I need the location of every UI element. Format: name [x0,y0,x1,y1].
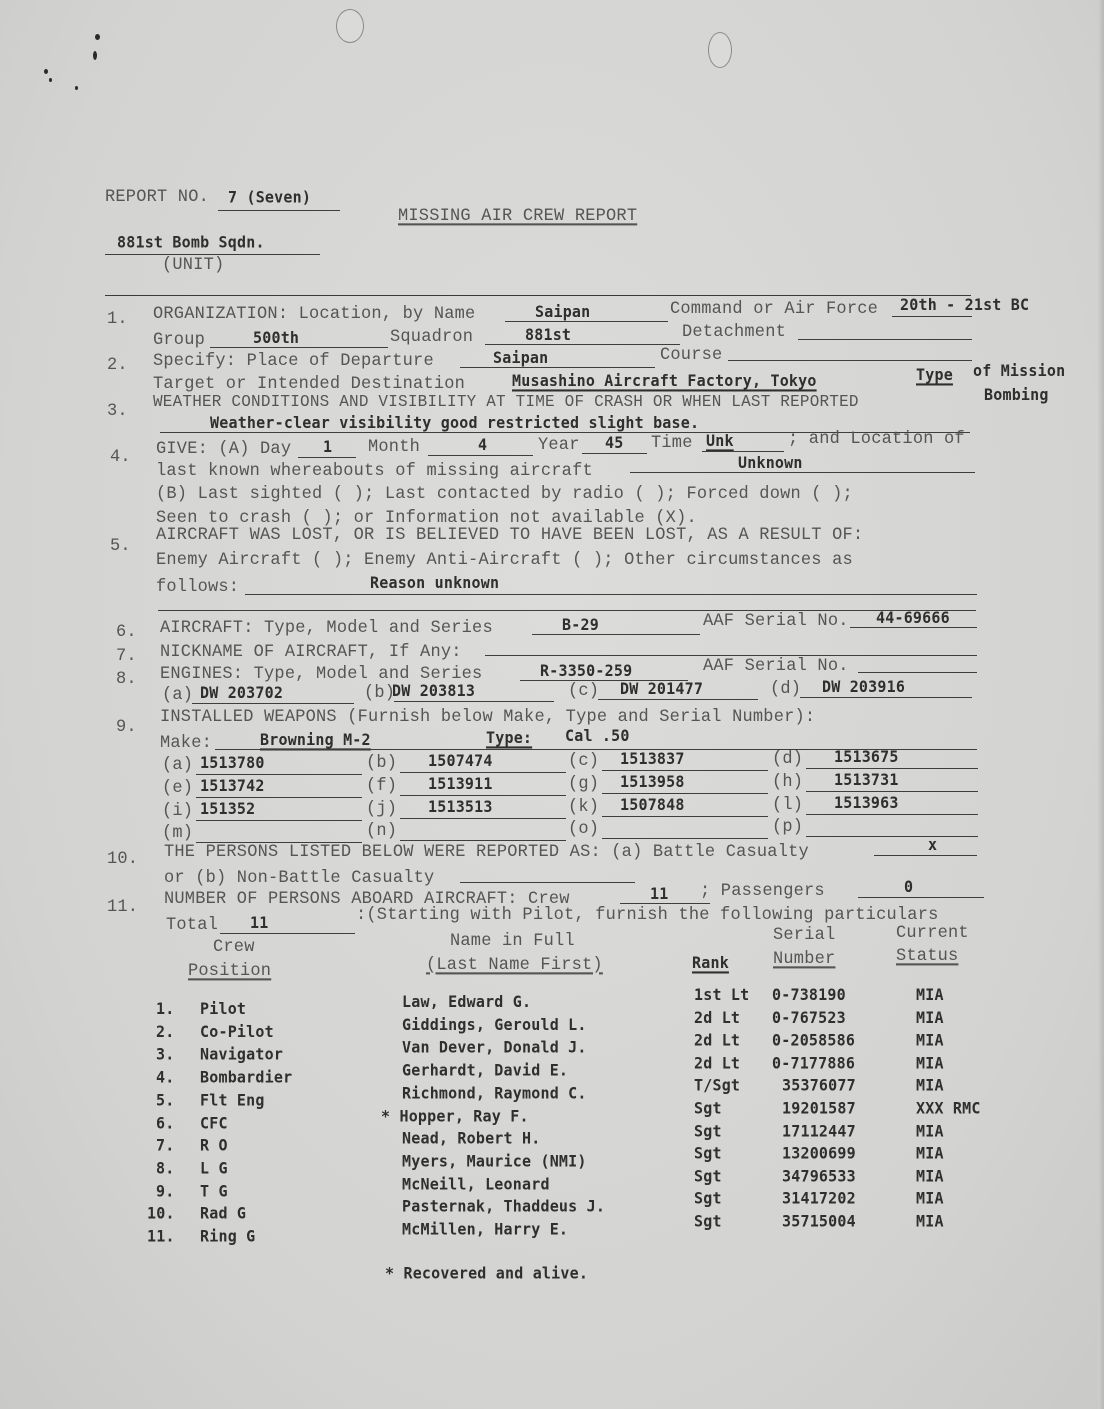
total-value: 11 [250,914,268,933]
aircraft-serial-line [850,627,977,628]
punch-hole-right [708,32,732,68]
engine-letter: (d) [770,680,801,700]
engine-letter: (b) [364,684,395,704]
weapon-letter: (b) [366,754,397,774]
battle-casualty-value: x [928,836,937,855]
crew-rank: Sgt [694,1121,722,1140]
ink-speck [49,78,52,82]
weapon-serial-value: 1513780 [200,754,265,773]
crew-position: Flt Eng [200,1090,265,1109]
departure-line [460,367,655,368]
header-divider [105,295,971,296]
passengers-line [858,897,984,898]
weapon-serial-line [196,820,362,821]
weapon-serial-value: 151352 [200,800,255,819]
item-number: 7. [116,647,137,667]
detachment-label: Detachment [682,323,786,343]
weapon-letter: (l) [772,796,803,816]
total-label: Total [166,916,218,936]
ink-speck [75,86,78,90]
aircraft-type-value: B-29 [562,616,599,635]
weapon-letter: (c) [568,752,599,772]
weapon-serial-line [400,818,566,819]
month-value: 4 [478,436,487,455]
group-value: 500th [253,329,299,348]
crew-rank: T/Sgt [694,1076,740,1095]
weapon-serial-line [806,814,978,815]
header-name-a: Name in Full [450,932,575,952]
engine-letter: (c) [568,682,599,702]
location-label-a: ; and Location of [788,430,965,450]
crew-rank: 2d Lt [694,1031,740,1050]
crew-position: T G [200,1181,228,1200]
squadron-line [485,344,680,345]
crew-rank: 2d Lt [694,1008,740,1027]
crew-serial: 0-7177886 [772,1053,855,1072]
engines-serial-line [858,672,977,673]
crew-status: MIA [916,1121,944,1140]
make-value: Browning M-2 [260,731,371,750]
crew-num: 7. [156,1136,174,1155]
header-status-b: Status [896,947,958,967]
crew-serial: 0-767523 [772,1008,846,1027]
crew-name: Richmond, Raymond C. [402,1083,587,1102]
command-label: Command or Air Force [670,300,878,320]
aircraft-type-line [532,634,700,635]
crew-position: Navigator [200,1045,283,1064]
item-number: 2. [107,356,128,376]
day-value: 1 [323,438,332,457]
weapon-letter: (p) [772,818,803,838]
aircraft-serial-value: 44-69666 [876,609,950,628]
header-status-a: Current [896,924,969,944]
crew-status: MIA [916,1166,944,1185]
engine-serial-line [394,701,554,702]
crew-serial: 19201587 [782,1099,856,1118]
detachment-line [798,339,972,340]
page-title: MISSING AIR CREW REPORT [398,207,637,227]
follows-value: Reason unknown [370,574,499,593]
engine-serial-line [598,699,758,700]
engines-type-value: R-3350-259 [540,662,632,681]
weapon-serial-line [602,793,768,794]
command-value: 20th - 21st BC [900,296,1029,315]
command-line [892,316,972,317]
engine-serial-value: DW 203702 [200,684,283,703]
month-label: Month [368,438,420,458]
cause-options: Enemy Aircraft ( ); Enemy Anti-Aircraft … [156,551,853,571]
footnote: * Recovered and alive. [385,1264,588,1283]
weather-label: WEATHER CONDITIONS AND VISIBILITY AT TIM… [153,393,859,412]
punch-hole-left [336,9,364,43]
nonbattle-casualty-label: or (b) Non-Battle Casualty [164,869,434,889]
engine-serial-line [192,703,354,704]
weapon-serial-line [806,791,978,792]
crew-status: MIA [916,1189,944,1208]
weapon-serial-line [196,774,362,775]
weapon-letter: (f) [366,777,397,797]
aircraft-type-label: AIRCRAFT: Type, Model and Series [160,619,493,639]
weapon-letter: (e) [162,779,193,799]
weapon-letter: (m) [162,824,193,844]
crew-serial: 34796533 [782,1166,856,1185]
weapon-serial-value: 1513958 [620,773,685,792]
weapon-serial-line [602,838,768,839]
time-value: Unk [706,432,734,451]
weapon-serial-value: 1507474 [428,752,493,771]
weather-value: Weather-clear visibility good restricted… [210,414,699,433]
passengers-label: ; Passengers [700,882,825,902]
crew-num: 11. [147,1227,175,1246]
weapon-letter: (g) [568,775,599,795]
unit-value: 881st Bomb Sqdn. [117,233,265,252]
time-line [702,451,784,452]
group-line [210,347,388,348]
crew-name: * Hopper, Ray F. [381,1106,529,1125]
crew-num: 1. [156,1000,174,1019]
crew-status: MIA [916,986,944,1005]
crew-status: MIA [916,1144,944,1163]
weapon-serial-line [806,836,978,837]
crew-num: 9. [156,1181,174,1200]
time-label: Time [651,434,693,454]
ink-speck [95,34,100,40]
course-label: Course [660,346,722,366]
weapon-serial-value: 1513963 [834,794,899,813]
crew-rank: Sgt [694,1144,722,1163]
group-label: Group [153,331,205,351]
crew-position: Rad G [200,1204,246,1223]
report-no-label: REPORT NO. [105,188,209,208]
report-no-line [218,210,340,211]
crew-serial: 35715004 [782,1212,856,1231]
header-position-a: Crew [213,938,255,958]
weapon-serial-line [400,795,566,796]
ink-speck [93,51,97,60]
weapon-serial-value: 1513911 [428,775,493,794]
header-serial-b: Number [773,950,835,970]
whereabouts-value: Unknown [738,454,803,473]
crew-rank: Sgt [694,1212,722,1231]
month-line [428,455,533,456]
crew-status: MIA [916,1212,944,1231]
squadron-label: Squadron [390,328,473,348]
crew-name: Law, Edward G. [402,993,531,1012]
crew-status: MIA [916,1076,944,1095]
engine-serial-value: DW 203916 [822,678,905,697]
mission-type-label-a: Type [916,366,953,385]
battle-casualty-label: THE PERSONS LISTED BELOW WERE REPORTED A… [164,843,809,863]
item-number: 10. [107,850,138,870]
crew-num: 6. [156,1113,174,1132]
crew-name: Nead, Robert H. [402,1129,540,1148]
sighting-options: (B) Last sighted ( ); Last contacted by … [156,485,853,505]
crew-status: MIA [916,1031,944,1050]
crew-count-line [620,903,710,904]
target-value: Musashino Aircraft Factory, Tokyo [512,372,817,391]
crew-serial: 0-2058586 [772,1031,855,1050]
item-number: 8. [116,670,137,690]
crew-rank: Sgt [694,1189,722,1208]
course-line [728,360,972,361]
crew-num: 4. [156,1068,174,1087]
engine-serial-value: DW 201477 [620,680,703,699]
crew-position: Pilot [200,1000,246,1019]
follows-label: follows: [156,578,239,598]
make-label: Make: [160,734,212,754]
crew-serial: 31417202 [782,1189,856,1208]
day-line [298,457,356,458]
nickname-label: NICKNAME OF AIRCRAFT, If Any: [160,643,462,663]
engine-serial-value: DW 203813 [392,682,475,701]
weapon-serial-value: 1513837 [620,750,685,769]
crew-serial: 35376077 [782,1076,856,1095]
location-label-b: last known whereabouts of missing aircra… [156,462,593,482]
item-number: 11. [107,898,138,918]
crew-rank: 1st Lt [694,986,749,1005]
item-number: 6. [116,623,137,643]
follows-line-2 [158,610,976,611]
crew-name: Van Dever, Donald J. [402,1038,587,1057]
crew-count-value: 11 [650,885,668,904]
weapon-serial-line [196,797,362,798]
weapon-serial-value: 1513675 [834,748,899,767]
year-value: 45 [605,434,623,453]
crew-position: Bombardier [200,1068,292,1087]
weapon-type-label: Type: [486,729,532,748]
organization-label: ORGANIZATION: Location, by Name [153,305,475,325]
crew-name: Giddings, Gerould L. [402,1015,587,1034]
item-number: 5. [110,537,131,557]
day-label: GIVE: (A) Day [156,440,291,460]
weapon-serial-line [602,770,768,771]
item-number: 4. [110,448,131,468]
weapon-letter: (i) [162,802,193,822]
header-position-b: Position [188,962,271,982]
header-serial-a: Serial [773,926,835,946]
crew-name: Pasternak, Thaddeus J. [402,1197,605,1216]
crew-num: 2. [156,1022,174,1041]
weapon-serial-line [602,816,768,817]
instructions-label: :(Starting with Pilot, furnish the follo… [356,906,939,926]
weapon-letter: (k) [568,798,599,818]
weapon-letter: (o) [568,820,599,840]
cause-label: AIRCRAFT WAS LOST, OR IS BELIEVED TO HAV… [156,526,863,546]
item-number: 1. [107,310,128,330]
weapon-letter: (a) [162,756,193,776]
weapon-type-value: Cal .50 [565,727,630,746]
weapon-letter: (n) [366,822,397,842]
crew-position: CFC [200,1113,228,1132]
crew-num: 3. [156,1045,174,1064]
weapon-serial-value: 1513513 [428,798,493,817]
weapon-serial-value: 1513731 [834,771,899,790]
weapon-serial-line [400,840,566,841]
target-label: Target or Intended Destination [153,375,465,395]
location-value: Saipan [535,303,590,322]
item-number: 3. [107,402,128,422]
passengers-value: 0 [904,878,913,897]
whereabouts-line [630,472,975,473]
mission-type-value: Bombing [984,386,1049,405]
engine-letter: (a) [162,686,193,706]
crew-status: XXX RMC [916,1099,981,1118]
total-line [220,933,355,934]
location-line [505,321,668,322]
report-no-value: 7 (Seven) [228,188,311,207]
crew-serial: 0-738190 [772,986,846,1005]
crew-num: 8. [156,1158,174,1177]
follows-line [245,594,977,595]
crew-serial: 13200699 [782,1144,856,1163]
crew-name: McMillen, Harry E. [402,1220,568,1239]
header-name-b: (Last Name First) [426,956,603,976]
weapon-letter: (j) [366,800,397,820]
year-line [582,453,647,454]
squadron-value: 881st [525,326,571,345]
weapon-serial-value: 1507848 [620,796,685,815]
crew-rank: Sgt [694,1166,722,1185]
crew-rank: Sgt [694,1099,722,1118]
weapon-letter: (h) [772,773,803,793]
crew-num: 5. [156,1090,174,1109]
header-rank: Rank [692,954,729,973]
mission-type-label-b: of Mission [973,362,1065,381]
weapon-serial-value: 1513742 [200,777,265,796]
departure-value: Saipan [493,349,548,368]
nonbattle-casualty-line [460,882,635,883]
departure-label: Specify: Place of Departure [153,352,434,372]
battle-casualty-line [874,855,977,856]
aircraft-serial-label: AAF Serial No. [703,612,849,632]
item-number: 9. [116,718,137,738]
crew-position: R O [200,1136,228,1155]
crew-name: McNeill, Leonard [402,1174,550,1193]
unit-label: (UNIT) [162,256,224,276]
weapon-serial-line [806,768,978,769]
crew-position: L G [200,1158,228,1177]
crew-num: 10. [147,1204,175,1223]
crew-position: Ring G [200,1227,255,1246]
ink-speck [44,69,48,74]
crew-name: Myers, Maurice (NMI) [402,1151,587,1170]
crew-serial: 17112447 [782,1121,856,1140]
year-label: Year [538,436,580,456]
weapon-letter: (d) [772,750,803,770]
weapon-serial-line [400,772,566,773]
engine-serial-line [800,697,972,698]
crew-position: Co-Pilot [200,1022,274,1041]
weapons-label: INSTALLED WEAPONS (Furnish below Make, T… [160,708,815,728]
engines-serial-label: AAF Serial No. [703,657,849,677]
crew-status: MIA [916,1008,944,1027]
paper-edge [1098,0,1104,1409]
crew-rank: 2d Lt [694,1053,740,1072]
crew-status: MIA [916,1053,944,1072]
crew-name: Gerhardt, David E. [402,1061,568,1080]
